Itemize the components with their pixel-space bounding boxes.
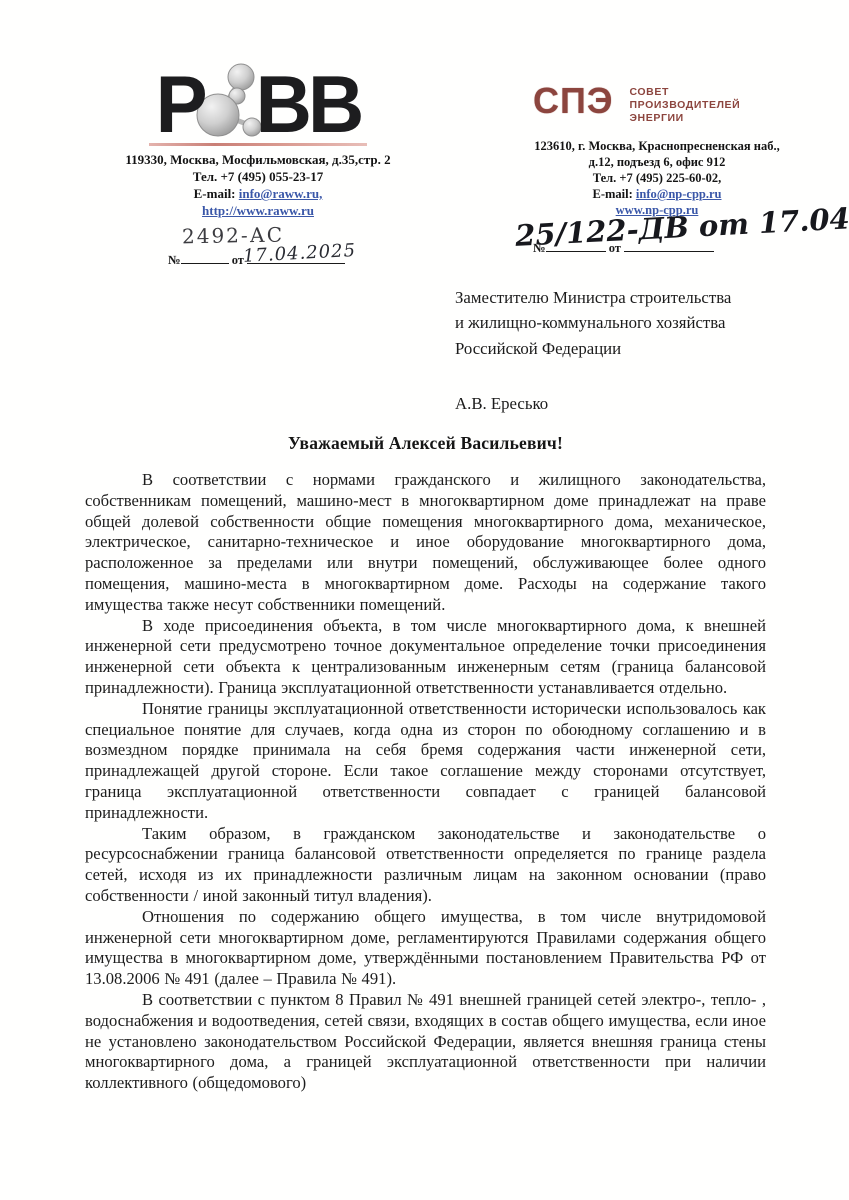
email-label: E-mail:: [194, 186, 236, 201]
letter-body: В соответствии с нормами гражданского и …: [85, 470, 766, 1094]
spe-letterhead: СПЭ СОВЕТ ПРОИЗВОДИТЕЛЕЙ ЭНЕРГИИ 123610,…: [487, 84, 827, 256]
spe-name-line2: ПРОИЗВОДИТЕЛЕЙ: [629, 99, 740, 111]
addressee-line3: Российской Федерации: [455, 336, 731, 361]
spe-phone: Тел. +7 (495) 225-60-02,: [487, 170, 827, 186]
spe-email-line: E-mail: info@np-cpp.ru: [487, 186, 827, 202]
raww-letterhead: Р ВВ 119330, Москва, Мосфильмовская, д.3…: [112, 64, 404, 268]
paragraph: Таким образом, в гражданском законодател…: [85, 824, 766, 907]
addressee-name: А.В. Ересько: [455, 391, 731, 416]
spe-name-line1: СОВЕТ: [629, 86, 669, 98]
spe-email-link: info@np-cpp.ru: [636, 187, 722, 201]
spe-address-line1: 123610, г. Москва, Краснопресненская наб…: [487, 138, 827, 154]
raww-logo-letters-vv: ВВ: [256, 67, 361, 142]
addressee-block: Заместителю Министра строительства и жил…: [455, 285, 731, 416]
raww-website-link: http://www.raww.ru: [202, 203, 314, 218]
number-date-line-left: № от 17.04.2025: [112, 250, 404, 268]
spe-logo-name: СОВЕТ ПРОИЗВОДИТЕЛЕЙ ЭНЕРГИИ: [629, 84, 740, 125]
raww-logo-letter-p: Р: [156, 67, 204, 142]
raww-logo: Р ВВ: [112, 64, 404, 140]
addressee-line2: и жилищно-коммунального хозяйства: [455, 310, 731, 335]
paragraph: В ходе присоединения объекта, в том числ…: [85, 616, 766, 699]
salutation: Уважаемый Алексей Васильевич!: [85, 433, 766, 454]
water-molecule-icon: [196, 62, 262, 144]
date-blank: 17.04.2025: [247, 250, 345, 264]
raww-address-block: 119330, Москва, Мосфильмовская, д.35,стр…: [112, 151, 404, 219]
addressee-line1: Заместителю Министра строительства: [455, 285, 731, 310]
raww-website-line: http://www.raww.ru: [112, 202, 404, 219]
spe-logo-abbr: СПЭ: [533, 84, 613, 118]
scanned-letter-page: Р ВВ 119330, Москва, Мосфильмовская, д.3…: [0, 0, 849, 1200]
spe-logo: СПЭ СОВЕТ ПРОИЗВОДИТЕЛЕЙ ЭНЕРГИИ: [487, 84, 827, 125]
raww-address-line: 119330, Москва, Мосфильмовская, д.35,стр…: [112, 151, 404, 168]
spe-name-line3: ЭНЕРГИИ: [629, 112, 683, 124]
raww-email-line: E-mail: info@raww.ru,: [112, 185, 404, 202]
paragraph: Отношения по содержанию общего имущества…: [85, 907, 766, 990]
email-label: E-mail:: [592, 187, 632, 201]
paragraph: Понятие границы эксплуатационной ответст…: [85, 699, 766, 824]
number-sign: №: [168, 253, 181, 267]
paragraph: В соответствии с пунктом 8 Правил № 491 …: [85, 990, 766, 1094]
handwritten-date: 17.04.2025: [243, 240, 354, 267]
spe-address-line2: д.12, подъезд 6, офис 912: [487, 154, 827, 170]
raww-email-link: info@raww.ru,: [239, 186, 323, 201]
raww-phone: Тел. +7 (495) 055-23-17: [112, 168, 404, 185]
number-blank: [181, 250, 229, 264]
paragraph: В соответствии с нормами гражданского и …: [85, 470, 766, 616]
